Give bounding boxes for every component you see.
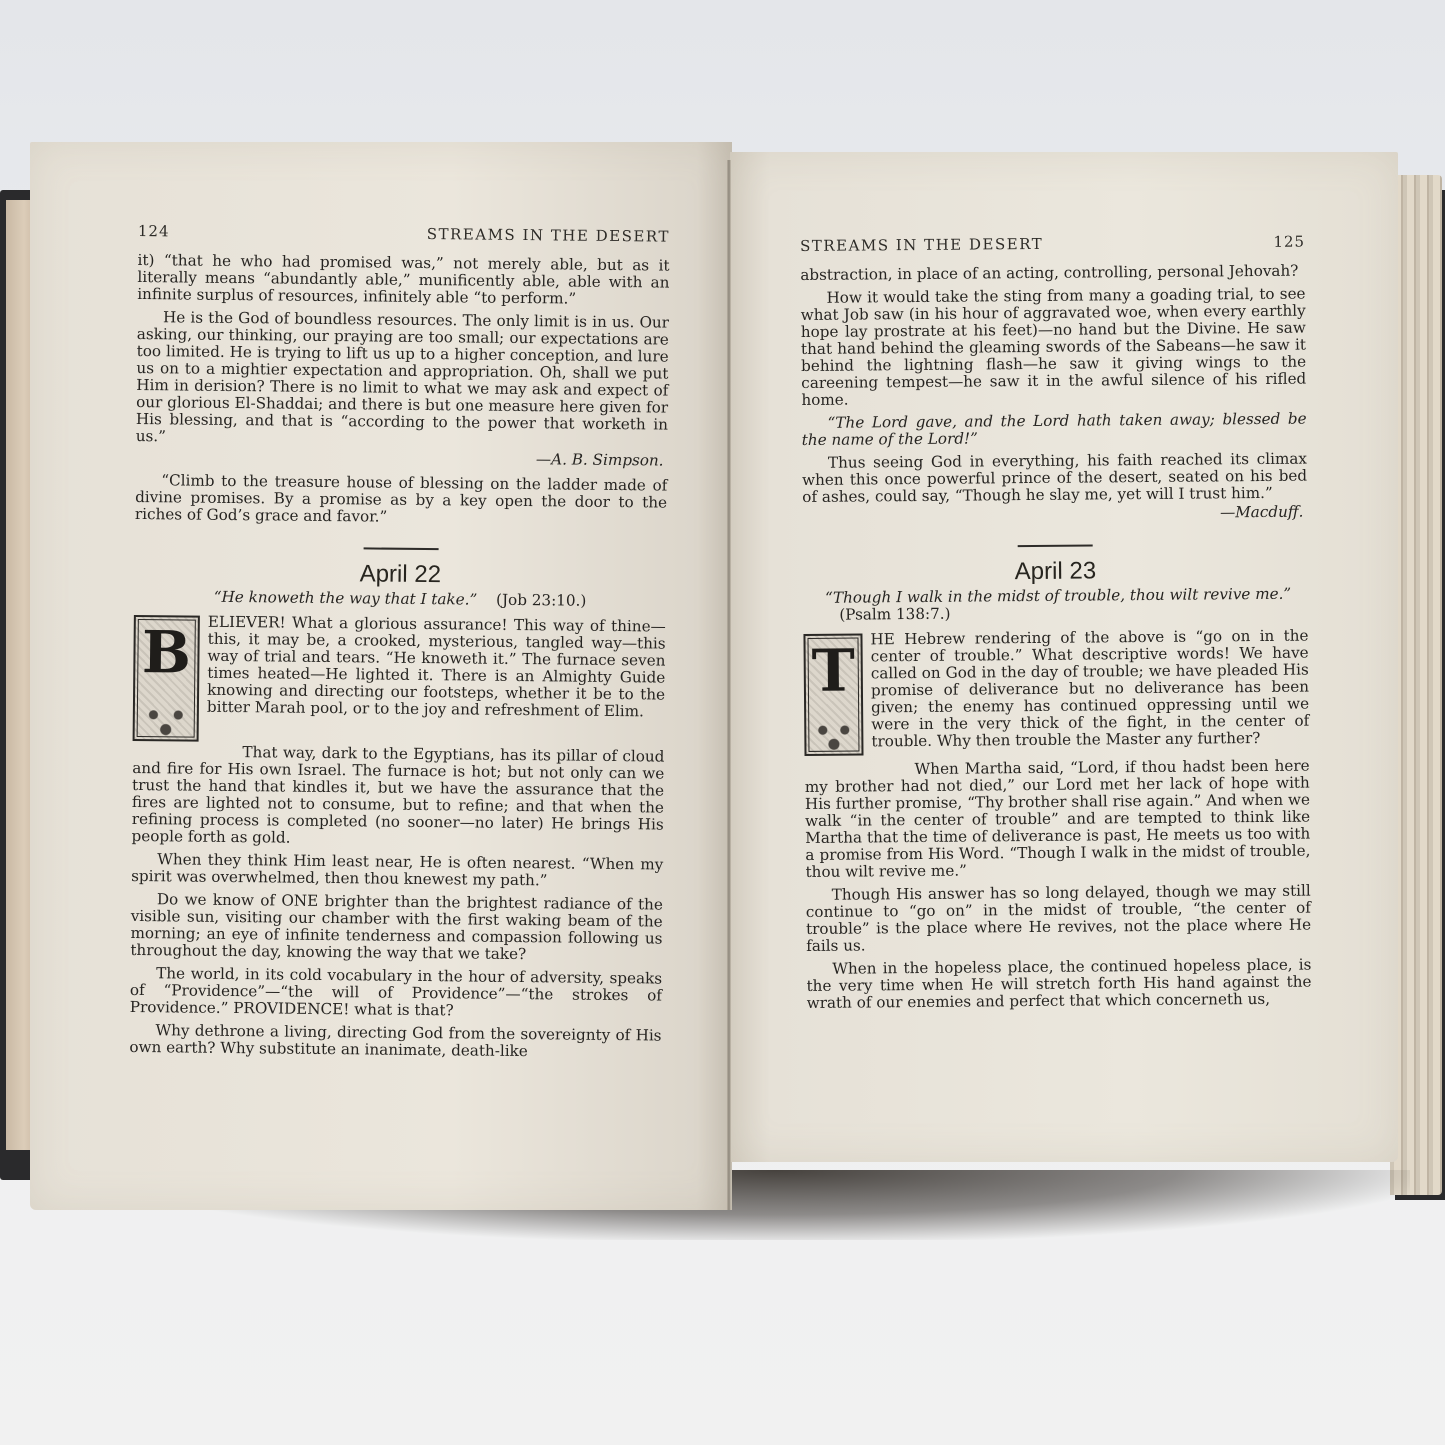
page-number: 124 (138, 223, 170, 240)
paragraph: abstraction, in place of an acting, cont… (800, 263, 1305, 284)
first-paragraph: ELIEVER! What a glorious assurance! This… (133, 613, 666, 721)
paragraph: it) “that he who had promised was,” not … (137, 252, 670, 309)
epigraph: “He knoweth the way that I take.” (Job 2… (134, 588, 666, 611)
paragraph: He is the God of boundless resources. Th… (136, 309, 669, 451)
entry-opening: B ELIEVER! What a glorious assurance! Th… (133, 613, 666, 749)
paragraph: That way, dark to the Egyptians, has its… (131, 743, 664, 851)
left-page-text: 124 STREAMS IN THE DESERT it) “that he w… (129, 223, 670, 1068)
scripture-reference: (Psalm 138:7.) (839, 605, 950, 624)
right-running-head: STREAMS IN THE DESERT 125 (800, 234, 1305, 255)
entry-date: April 23 (803, 561, 1308, 582)
paragraph: When Martha said, “Lord, if thou hadst b… (805, 758, 1311, 881)
epigraph-text: “He knoweth the way that I take.” (214, 588, 478, 609)
paragraph: Do we know of ONE brighter than the brig… (130, 891, 663, 965)
paragraph: How it would take the sting from many a … (800, 286, 1306, 409)
epigraph: “Though I walk in the midst of trouble, … (803, 586, 1308, 624)
page-number: 125 (1273, 234, 1305, 251)
section-divider (1018, 544, 1093, 547)
first-paragraph: HE Hebrew rendering of the above is “go … (803, 628, 1309, 751)
entry-opening: T HE Hebrew rendering of the above is “g… (803, 628, 1309, 762)
closing-quote: “Climb to the treasure house of blessing… (135, 472, 668, 529)
paragraph: When in the hopeless place, the continue… (806, 957, 1311, 1012)
running-title: STREAMS IN THE DESERT (800, 236, 1043, 255)
ornamental-drop-cap-icon: T (803, 633, 863, 756)
section-divider (363, 547, 438, 550)
paragraph: Though His answer has so long delayed, t… (806, 883, 1312, 955)
paragraph: Thus seeing God in everything, his faith… (802, 451, 1307, 506)
entry-date: April 22 (134, 563, 666, 586)
attribution: —A. B. Simpson. (135, 447, 667, 470)
book-gutter (727, 160, 731, 1210)
attribution: —Macduff. (802, 504, 1307, 525)
scripture-reference: (Job 23:10.) (496, 591, 586, 610)
right-page-text: STREAMS IN THE DESERT 125 abstraction, i… (800, 234, 1312, 1018)
paragraph: The world, in its cold vocabulary in the… (130, 965, 663, 1022)
paragraph: Why dethrone a living, directing God fro… (129, 1022, 661, 1062)
running-title: STREAMS IN THE DESERT (427, 226, 670, 246)
epigraph-text: “Though I walk in the midst of trouble, … (825, 585, 1291, 607)
left-running-head: 124 STREAMS IN THE DESERT (138, 223, 670, 246)
paragraph: When they think Him least near, He is of… (131, 851, 663, 891)
ornamental-drop-cap-icon: B (133, 615, 200, 742)
paragraph: “The Lord gave, and the Lord hath taken … (802, 411, 1307, 449)
